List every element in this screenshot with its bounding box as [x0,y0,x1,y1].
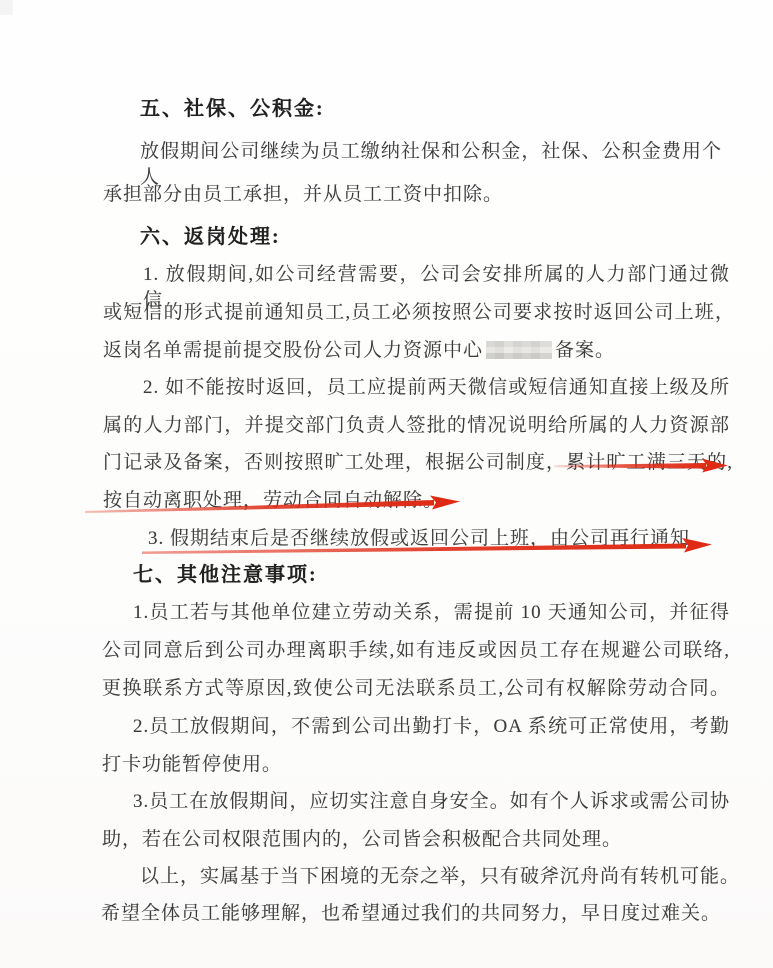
text-line: 2. 如不能按时返回，员工应提前两天微信或短信通知直接上级及所 [143,375,730,401]
text-line: 返岗名单需提前提交股份公司人力资源中心备案。 [103,338,615,364]
text-line: 打卡功能暂停使用。 [102,752,282,778]
text-before-redaction: 返岗名单需提前提交股份公司人力资源中心 [103,340,483,361]
scanned-document-page: 五、社保、公积金:放假期间公司继续为员工缴纳社保和公积金，社保、公积金费用个人承… [0,0,773,968]
text-line: 以上，实属基于当下困境的无奈之举，只有破斧沉舟尚有转机可能。 [140,864,740,890]
section-heading: 六、返岗处理: [140,224,281,250]
scan-corner-smudge [0,0,13,15]
text-line: 承担部分由员工承担，并从员工工资中扣除。 [103,182,503,208]
text-line: 2.员工放假期间，不需到公司出勤打卡，OA 系统可正常使用，考勤 [133,714,730,740]
text-line: 公司同意后到公司办理离职手续,如有违反或因员工存在规避公司联络, [102,638,730,664]
text-after-redaction: 备案。 [555,340,615,361]
text-line: 门记录及备案，否则按照旷工处理，根据公司制度，累计旷工满三天的, [103,450,733,476]
section-heading: 五、社保、公积金: [140,96,325,122]
text-line: 按自动离职处理，劳动合同自动解除。 [103,488,443,514]
section-heading: 七、其他注意事项: [133,562,318,588]
redacted-region [486,341,552,359]
text-line: 助，若在公司权限范围内的，公司皆会积极配合共同处理。 [102,827,622,853]
text-line: 希望全体员工能够理解，也希望通过我们的共同努力，早日度过难关。 [101,901,721,927]
text-line: 3. 假期结束后是否继续放假或返回公司上班，由公司再行通知。 [148,526,710,552]
text-line: 或短信的形式提前通知员工,员工必须按照公司要求按时返回公司上班， [103,300,735,326]
text-line: 更换联系方式等原因,致使公司无法联系员工,公司有权解除劳动合同。 [102,676,730,702]
text-line: 1.员工若与其他单位建立劳动关系，需提前 10 天通知公司，并征得 [133,600,730,626]
text-line: 3.员工在放假期间，应切实注意自身安全。如有个人诉求或需公司协 [133,789,730,815]
text-line: 属的人力部门，并提交部门负责人签批的情况说明给所属的人力资源部 [103,413,730,439]
